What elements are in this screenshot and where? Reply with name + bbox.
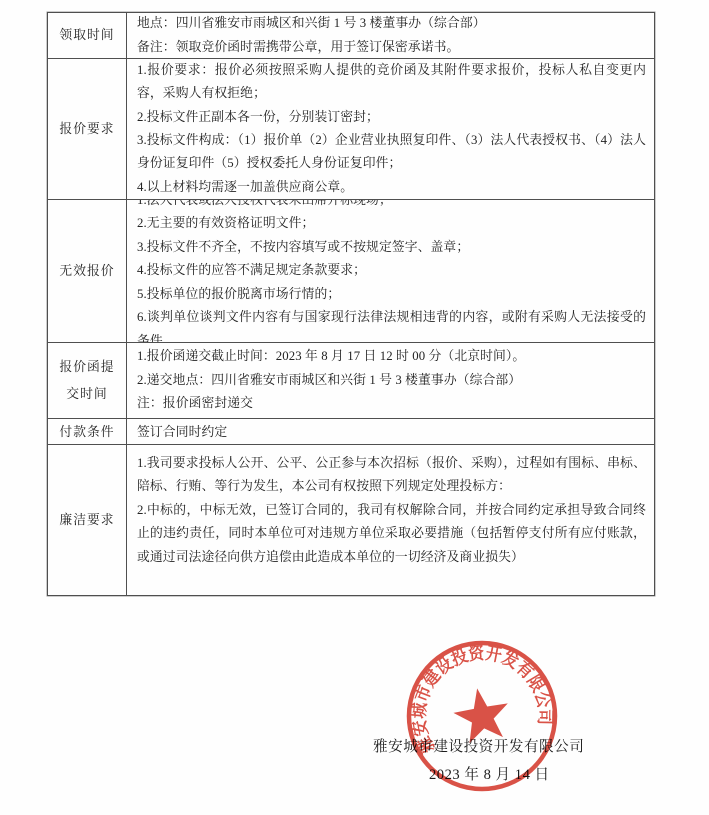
row-label: 报价要求 — [48, 59, 127, 199]
content-line: 备注：领取竞价函时需携带公章，用于签订保密承诺书。 — [137, 36, 646, 59]
content-line: 1.法人代表或法人授权代表未出席开标现场； — [137, 200, 646, 212]
content-line: 5.投标单位的报价脱离市场行情的； — [137, 283, 646, 306]
row-label: 报价函提交时间 — [48, 343, 127, 418]
company-name: 雅安城市建设投资开发有限公司 — [373, 735, 584, 756]
signature-date: 2023 年 8 月 14 日 — [429, 763, 550, 784]
table-row: 无效报价1.法人代表或法人授权代表未出席开标现场；2.无主要的有效资格证明文件；… — [48, 200, 654, 343]
table-row: 付款条件签订合同时约定 — [48, 419, 654, 445]
content-line: 地点：四川省雅安市雨城区和兴街 1 号 3 楼董事办（综合部） — [137, 13, 646, 36]
table-row: 报价要求1.报价要求：报价必须按照采购人提供的竞价函及其附件要求报价，投标人私自… — [48, 59, 654, 200]
row-label: 无效报价 — [48, 200, 127, 342]
content-line: 2.投标文件正副本各一份，分别装订密封； — [137, 106, 646, 129]
table-row: 报价函提交时间1.报价函递交截止时间：2023 年 8 月 17 日 12 时 … — [48, 343, 654, 419]
content-line: 4.以上材料均需逐一加盖供应商公章。 — [137, 176, 646, 199]
row-content: 1.报价函递交截止时间：2023 年 8 月 17 日 12 时 00 分（北京… — [127, 343, 654, 418]
procurement-info-table: 领取时间地点：四川省雅安市雨城区和兴街 1 号 3 楼董事办（综合部）备注：领取… — [47, 12, 655, 596]
content-line: 2.无主要的有效资格证明文件； — [137, 212, 646, 235]
company-seal-stamp: 雅安城市建设投资开发有限公司 — [382, 616, 582, 815]
row-content: 1.我司要求投标人公开、公平、公正参与本次招标（报价、采购），过程如有围标、串标… — [127, 445, 654, 595]
row-label: 廉洁要求 — [48, 445, 127, 595]
content-line: 3.投标文件构成：（1）报价单（2）企业营业执照复印件、（3）法人代表授权书、（… — [137, 129, 646, 176]
row-content: 签订合同时约定 — [127, 419, 654, 446]
row-label: 付款条件 — [48, 419, 127, 446]
table-row: 廉洁要求1.我司要求投标人公开、公平、公正参与本次招标（报价、采购），过程如有围… — [48, 445, 654, 595]
row-content: 地点：四川省雅安市雨城区和兴街 1 号 3 楼董事办（综合部）备注：领取竞价函时… — [127, 13, 654, 58]
content-line: 1.报价函递交截止时间：2023 年 8 月 17 日 12 时 00 分（北京… — [137, 345, 646, 368]
content-line: 签订合同时约定 — [137, 421, 646, 444]
content-line: 4.投标文件的应答不满足规定条款要求； — [137, 259, 646, 282]
content-line: 6.谈判单位谈判文件内容有与国家现行法律法规相违背的内容，或附有采购人无法接受的… — [137, 306, 646, 342]
content-line: 1.我司要求投标人公开、公平、公正参与本次招标（报价、采购），过程如有围标、串标… — [137, 452, 646, 499]
row-content: 1.法人代表或法人授权代表未出席开标现场；2.无主要的有效资格证明文件；3.投标… — [127, 200, 654, 342]
document-page: 领取时间地点：四川省雅安市雨城区和兴街 1 号 3 楼董事办（综合部）备注：领取… — [0, 0, 709, 815]
content-line: 2.递交地点：四川省雅安市雨城区和兴街 1 号 3 楼董事办（综合部） — [137, 369, 646, 392]
table-row: 领取时间地点：四川省雅安市雨城区和兴街 1 号 3 楼董事办（综合部）备注：领取… — [48, 13, 654, 59]
content-line: 3.投标文件不齐全，不按内容填写或不按规定签字、盖章； — [137, 236, 646, 259]
content-line: 注：报价函密封递交 — [137, 392, 646, 415]
content-line: 1.报价要求：报价必须按照采购人提供的竞价函及其附件要求报价，投标人私自变更内容… — [137, 59, 646, 106]
content-line: 2.中标的，中标无效，已签订合同的，我司有权解除合同，并按合同约定承担导致合同终… — [137, 499, 646, 569]
row-content: 1.报价要求：报价必须按照采购人提供的竞价函及其附件要求报价，投标人私自变更内容… — [127, 59, 654, 199]
row-label: 领取时间 — [48, 13, 127, 58]
